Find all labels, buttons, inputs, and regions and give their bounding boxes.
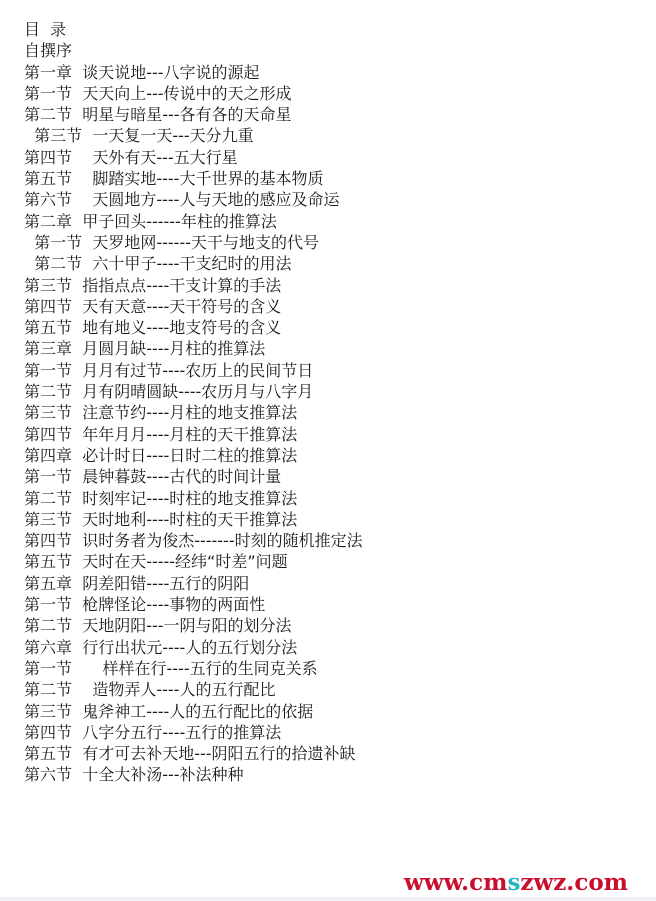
toc-entry-label: 第三章 — [24, 339, 72, 358]
toc-entry: 自撰序 — [24, 40, 363, 61]
toc-entry: 第四章 必计时日----日时二柱的推算法 — [24, 445, 363, 466]
toc-entry-label: 第五节 — [24, 318, 72, 337]
toc-entry-text: 明星与暗星---各有各的天命星 — [82, 105, 291, 124]
toc-entry-label: 第三节 — [24, 702, 72, 721]
toc-entry: 第四节 八字分五行----五行的推算法 — [24, 722, 363, 743]
toc-entry-text: 谈天说地---八字说的源起 — [82, 63, 259, 82]
toc-entry-indent — [24, 126, 34, 145]
toc-entry: 第六章 行行出状元----人的五行划分法 — [24, 637, 363, 658]
toc-entry-gap — [72, 531, 82, 550]
toc-entry: 第一节 样样在行----五行的生同克关系 — [24, 658, 363, 679]
toc-entry-gap — [72, 425, 82, 444]
toc-entry-label: 第四节 — [24, 297, 72, 316]
toc-entry-text: 地有地义----地支符号的含义 — [82, 318, 281, 337]
toc-entry-gap — [72, 574, 82, 593]
toc-entry: 第二节 六十甲子----干支纪时的用法 — [24, 253, 363, 274]
toc-entry-text: 时刻牢记----时柱的地支推算法 — [82, 489, 297, 508]
toc-entry: 第五节 有才可去补天地---阴阳五行的拾遗补缺 — [24, 743, 363, 764]
toc-entry-gap — [72, 297, 82, 316]
toc-entry-label: 第二节 — [24, 105, 72, 124]
watermark-part-2: s — [507, 869, 520, 896]
toc-entry-text: 一天复一天---天分九重 — [92, 126, 253, 145]
toc-entry-gap — [72, 659, 103, 678]
toc-entry-text: 晨钟暮鼓----古代的时间计量 — [82, 467, 281, 486]
toc-entry: 第二节 时刻牢记----时柱的地支推算法 — [24, 488, 363, 509]
watermark: www.cmszwz.com — [404, 870, 628, 896]
toc-entry-gap — [72, 552, 82, 571]
toc-entry-text: 八字分五行----五行的推算法 — [82, 723, 281, 742]
toc-entry-text: 注意节约----月柱的地支推算法 — [82, 403, 297, 422]
toc-entry-label: 第五章 — [24, 574, 72, 593]
toc-entry-label: 第二节 — [24, 382, 72, 401]
toc-entry-gap — [72, 638, 82, 657]
toc-entry-label: 第五节 — [24, 744, 72, 763]
toc-entry-gap — [72, 105, 82, 124]
toc-entry-gap — [72, 744, 82, 763]
toc-entry-text: 月圆月缺----月柱的推算法 — [82, 339, 265, 358]
toc-entry-gap — [72, 616, 82, 635]
toc-entry: 第一章 谈天说地---八字说的源起 — [24, 62, 363, 83]
toc-entry-label: 第三节 — [24, 403, 72, 422]
toc-entry: 第四节 天有天意----天干符号的含义 — [24, 296, 363, 317]
toc-entry: 第一节 天罗地网------天干与地支的代号 — [24, 232, 363, 253]
toc-entry-label: 第三节 — [24, 276, 72, 295]
toc-entry: 第五节 天时在天-----经纬“时差”问题 — [24, 551, 363, 572]
toc-entry-text: 六十甲子----干支纪时的用法 — [92, 254, 291, 273]
watermark-part-3: zwz.com — [520, 869, 628, 896]
toc-entry-label: 第四章 — [24, 446, 72, 465]
toc-entry-text: 行行出状元----人的五行划分法 — [82, 638, 297, 657]
toc-entry-label: 第一节 — [24, 467, 72, 486]
toc-entry: 第三节 注意节约----月柱的地支推算法 — [24, 402, 363, 423]
toc-entry-gap — [72, 339, 82, 358]
toc-entry-gap — [82, 233, 92, 252]
toc-entry: 第三章 月圆月缺----月柱的推算法 — [24, 338, 363, 359]
toc-entry-text: 指指点点----干支计算的手法 — [82, 276, 281, 295]
toc-entry-gap — [72, 467, 82, 486]
toc-entry-label: 第一节 — [24, 84, 72, 103]
toc-entry-indent — [24, 254, 34, 273]
watermark-part-1: www.cm — [404, 869, 507, 896]
bottom-edge — [0, 897, 656, 901]
toc-entry-label: 第三节 — [24, 510, 72, 529]
toc-lines: 自撰序第一章 谈天说地---八字说的源起第一节 天天向上---传说中的天之形成第… — [24, 40, 363, 785]
toc-entry-label: 第一节 — [24, 595, 72, 614]
toc-entry-label: 第四节 — [24, 425, 72, 444]
toc-entry-text: 样样在行----五行的生同克关系 — [103, 659, 318, 678]
toc-entry-gap — [72, 403, 82, 422]
toc-entry-gap — [82, 254, 92, 273]
toc-entry-text: 天时地利----时柱的天干推算法 — [82, 510, 297, 529]
toc-entry: 第三节 指指点点----干支计算的手法 — [24, 275, 363, 296]
toc-entry-gap — [72, 510, 82, 529]
toc-entry-gap — [72, 190, 92, 209]
toc-entry-text: 有才可去补天地---阴阳五行的拾遗补缺 — [82, 744, 355, 763]
toc-entry: 第五节 地有地义----地支符号的含义 — [24, 317, 363, 338]
toc-entry-gap — [72, 169, 92, 188]
toc-entry-text: 阴差阳错----五行的阴阳 — [82, 574, 249, 593]
toc-entry: 第一节 月月有过节----农历上的民间节日 — [24, 360, 363, 381]
toc-entry-gap — [72, 723, 82, 742]
toc-entry: 第五节 脚踏实地----大千世界的基本物质 — [24, 168, 363, 189]
toc-entry-gap — [72, 382, 82, 401]
toc-entry-label: 第二节 — [24, 680, 72, 699]
toc-entry: 第一节 天天向上---传说中的天之形成 — [24, 83, 363, 104]
toc-entry-text: 识时务者为俊杰-------时刻的随机推定法 — [82, 531, 362, 550]
toc-entry-label: 第四节 — [24, 148, 72, 167]
toc-entry: 第三节 一天复一天---天分九重 — [24, 125, 363, 146]
toc-entry-text: 枪牌怪论----事物的两面性 — [82, 595, 265, 614]
toc-entry: 第三节 鬼斧神工----人的五行配比的依据 — [24, 701, 363, 722]
toc-entry-label: 第一节 — [24, 659, 72, 678]
toc-entry: 第三节 天时地利----时柱的天干推算法 — [24, 509, 363, 530]
table-of-contents: 目 录 自撰序第一章 谈天说地---八字说的源起第一节 天天向上---传说中的天… — [24, 19, 363, 786]
toc-entry-gap — [82, 126, 92, 145]
toc-entry-label: 第六节 — [24, 190, 72, 209]
toc-entry-label: 第二节 — [34, 254, 82, 273]
toc-entry-gap — [72, 765, 82, 784]
toc-entry-text: 天外有天---五大行星 — [92, 148, 237, 167]
toc-entry-gap — [72, 361, 82, 380]
toc-entry-label: 第二节 — [24, 489, 72, 508]
toc-entry-label: 第五节 — [24, 552, 72, 571]
toc-entry-label: 第五节 — [24, 169, 72, 188]
toc-entry-text: 天地阴阳---一阴与阳的划分法 — [82, 616, 291, 635]
toc-entry-label: 第四节 — [24, 723, 72, 742]
toc-entry: 第一节 晨钟暮鼓----古代的时间计量 — [24, 466, 363, 487]
toc-entry-label: 第一节 — [24, 361, 72, 380]
toc-entry-text: 造物弄人----人的五行配比 — [92, 680, 275, 699]
toc-entry: 第五章 阴差阳错----五行的阴阳 — [24, 573, 363, 594]
toc-entry: 第四节 年年月月----月柱的天干推算法 — [24, 424, 363, 445]
toc-entry-gap — [72, 84, 82, 103]
toc-title: 目 录 — [24, 19, 363, 40]
toc-entry-label: 第六节 — [24, 765, 72, 784]
toc-entry-gap — [72, 680, 92, 699]
toc-entry-gap — [72, 212, 82, 231]
toc-entry-label: 第一节 — [34, 233, 82, 252]
toc-entry-gap — [72, 702, 82, 721]
toc-entry: 第二章 甲子回头------年柱的推算法 — [24, 211, 363, 232]
toc-entry-text: 天时在天-----经纬“时差”问题 — [82, 552, 287, 571]
toc-entry-label: 自撰序 — [24, 41, 72, 60]
toc-entry: 第二节 天地阴阳---一阴与阳的划分法 — [24, 615, 363, 636]
toc-entry: 第六节 天圆地方----人与天地的感应及命运 — [24, 189, 363, 210]
toc-entry: 第一节 枪牌怪论----事物的两面性 — [24, 594, 363, 615]
toc-entry-text: 天罗地网------天干与地支的代号 — [92, 233, 319, 252]
toc-entry-gap — [72, 276, 82, 295]
toc-entry-label: 第三节 — [34, 126, 82, 145]
toc-entry-text: 十全大补汤---补法种种 — [82, 765, 243, 784]
toc-entry-text: 月有阴晴圆缺----农历月与八字月 — [82, 382, 313, 401]
toc-entry: 第四节 天外有天---五大行星 — [24, 147, 363, 168]
toc-entry-label: 第二章 — [24, 212, 72, 231]
toc-entry-text: 脚踏实地----大千世界的基本物质 — [92, 169, 323, 188]
toc-entry-text: 年年月月----月柱的天干推算法 — [82, 425, 297, 444]
toc-entry-label: 第四节 — [24, 531, 72, 550]
toc-entry: 第二节 造物弄人----人的五行配比 — [24, 679, 363, 700]
toc-entry-text: 必计时日----日时二柱的推算法 — [82, 446, 297, 465]
toc-entry-indent — [24, 233, 34, 252]
toc-entry-text: 月月有过节----农历上的民间节日 — [82, 361, 313, 380]
toc-entry: 第二节 月有阴晴圆缺----农历月与八字月 — [24, 381, 363, 402]
toc-entry-gap — [72, 446, 82, 465]
toc-entry-text: 天圆地方----人与天地的感应及命运 — [92, 190, 339, 209]
toc-entry: 第六节 十全大补汤---补法种种 — [24, 764, 363, 785]
toc-entry-text: 天天向上---传说中的天之形成 — [82, 84, 291, 103]
toc-entry-label: 第一章 — [24, 63, 72, 82]
toc-entry-gap — [72, 489, 82, 508]
toc-entry-text: 天有天意----天干符号的含义 — [82, 297, 281, 316]
toc-entry-gap — [72, 148, 92, 167]
toc-entry-gap — [72, 63, 82, 82]
toc-entry-gap — [72, 595, 82, 614]
toc-entry-label: 第二节 — [24, 616, 72, 635]
toc-entry-gap — [72, 318, 82, 337]
toc-entry: 第四节 识时务者为俊杰-------时刻的随机推定法 — [24, 530, 363, 551]
toc-entry-text: 甲子回头------年柱的推算法 — [82, 212, 277, 231]
toc-entry: 第二节 明星与暗星---各有各的天命星 — [24, 104, 363, 125]
toc-entry-text: 鬼斧神工----人的五行配比的依据 — [82, 702, 313, 721]
toc-entry-label: 第六章 — [24, 638, 72, 657]
